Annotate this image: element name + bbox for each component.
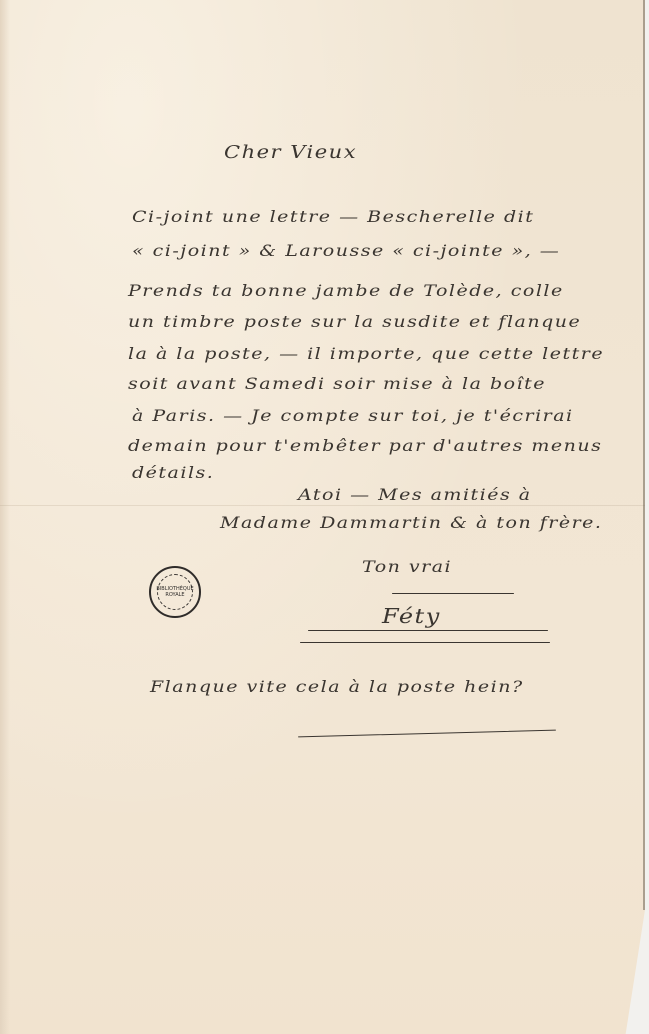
body-line-9: détails. — [132, 464, 214, 483]
body-line-5: la à la poste, — il importe, que cette l… — [128, 345, 604, 364]
signature-overline — [392, 593, 514, 594]
postscript: Flanque vite cela à la poste hein? — [150, 678, 524, 697]
paper-right-edge — [643, 0, 645, 910]
valediction: Ton vrai — [362, 558, 452, 577]
body-line-4: un timbre poste sur la susdite et flanqu… — [128, 313, 581, 332]
signature-underline-2 — [300, 642, 550, 643]
salutation: Cher Vieux — [224, 142, 357, 162]
signature: Féty — [382, 604, 441, 628]
postscript-underline — [298, 730, 556, 738]
body-line-6: soit avant Samedi soir mise à la boîte — [128, 375, 546, 394]
signature-underline-1 — [308, 630, 548, 631]
body-line-2: « ci-joint » & Larousse « ci-jointe », — — [132, 242, 560, 261]
paper-fold-line — [0, 505, 645, 506]
closing-line-1: Atoi — Mes amitiés à — [298, 486, 532, 505]
body-line-1: Ci-joint une lettre — Bescherelle dit — [132, 208, 534, 227]
stamp-label: BIBLIOTHÈQUE ROYALE — [157, 574, 193, 610]
closing-line-2: Madame Dammartin & à ton frère. — [220, 514, 602, 533]
body-line-8: demain pour t'embêter par d'autres menus — [128, 437, 602, 456]
letter-paper: Cher Vieux Ci-joint une lettre — Bescher… — [0, 0, 645, 1034]
body-line-7: à Paris. — Je compte sur toi, je t'écrir… — [132, 407, 574, 426]
library-stamp: BIBLIOTHÈQUE ROYALE — [149, 566, 201, 618]
body-line-3: Prends ta bonne jambe de Tolède, colle — [128, 282, 564, 301]
